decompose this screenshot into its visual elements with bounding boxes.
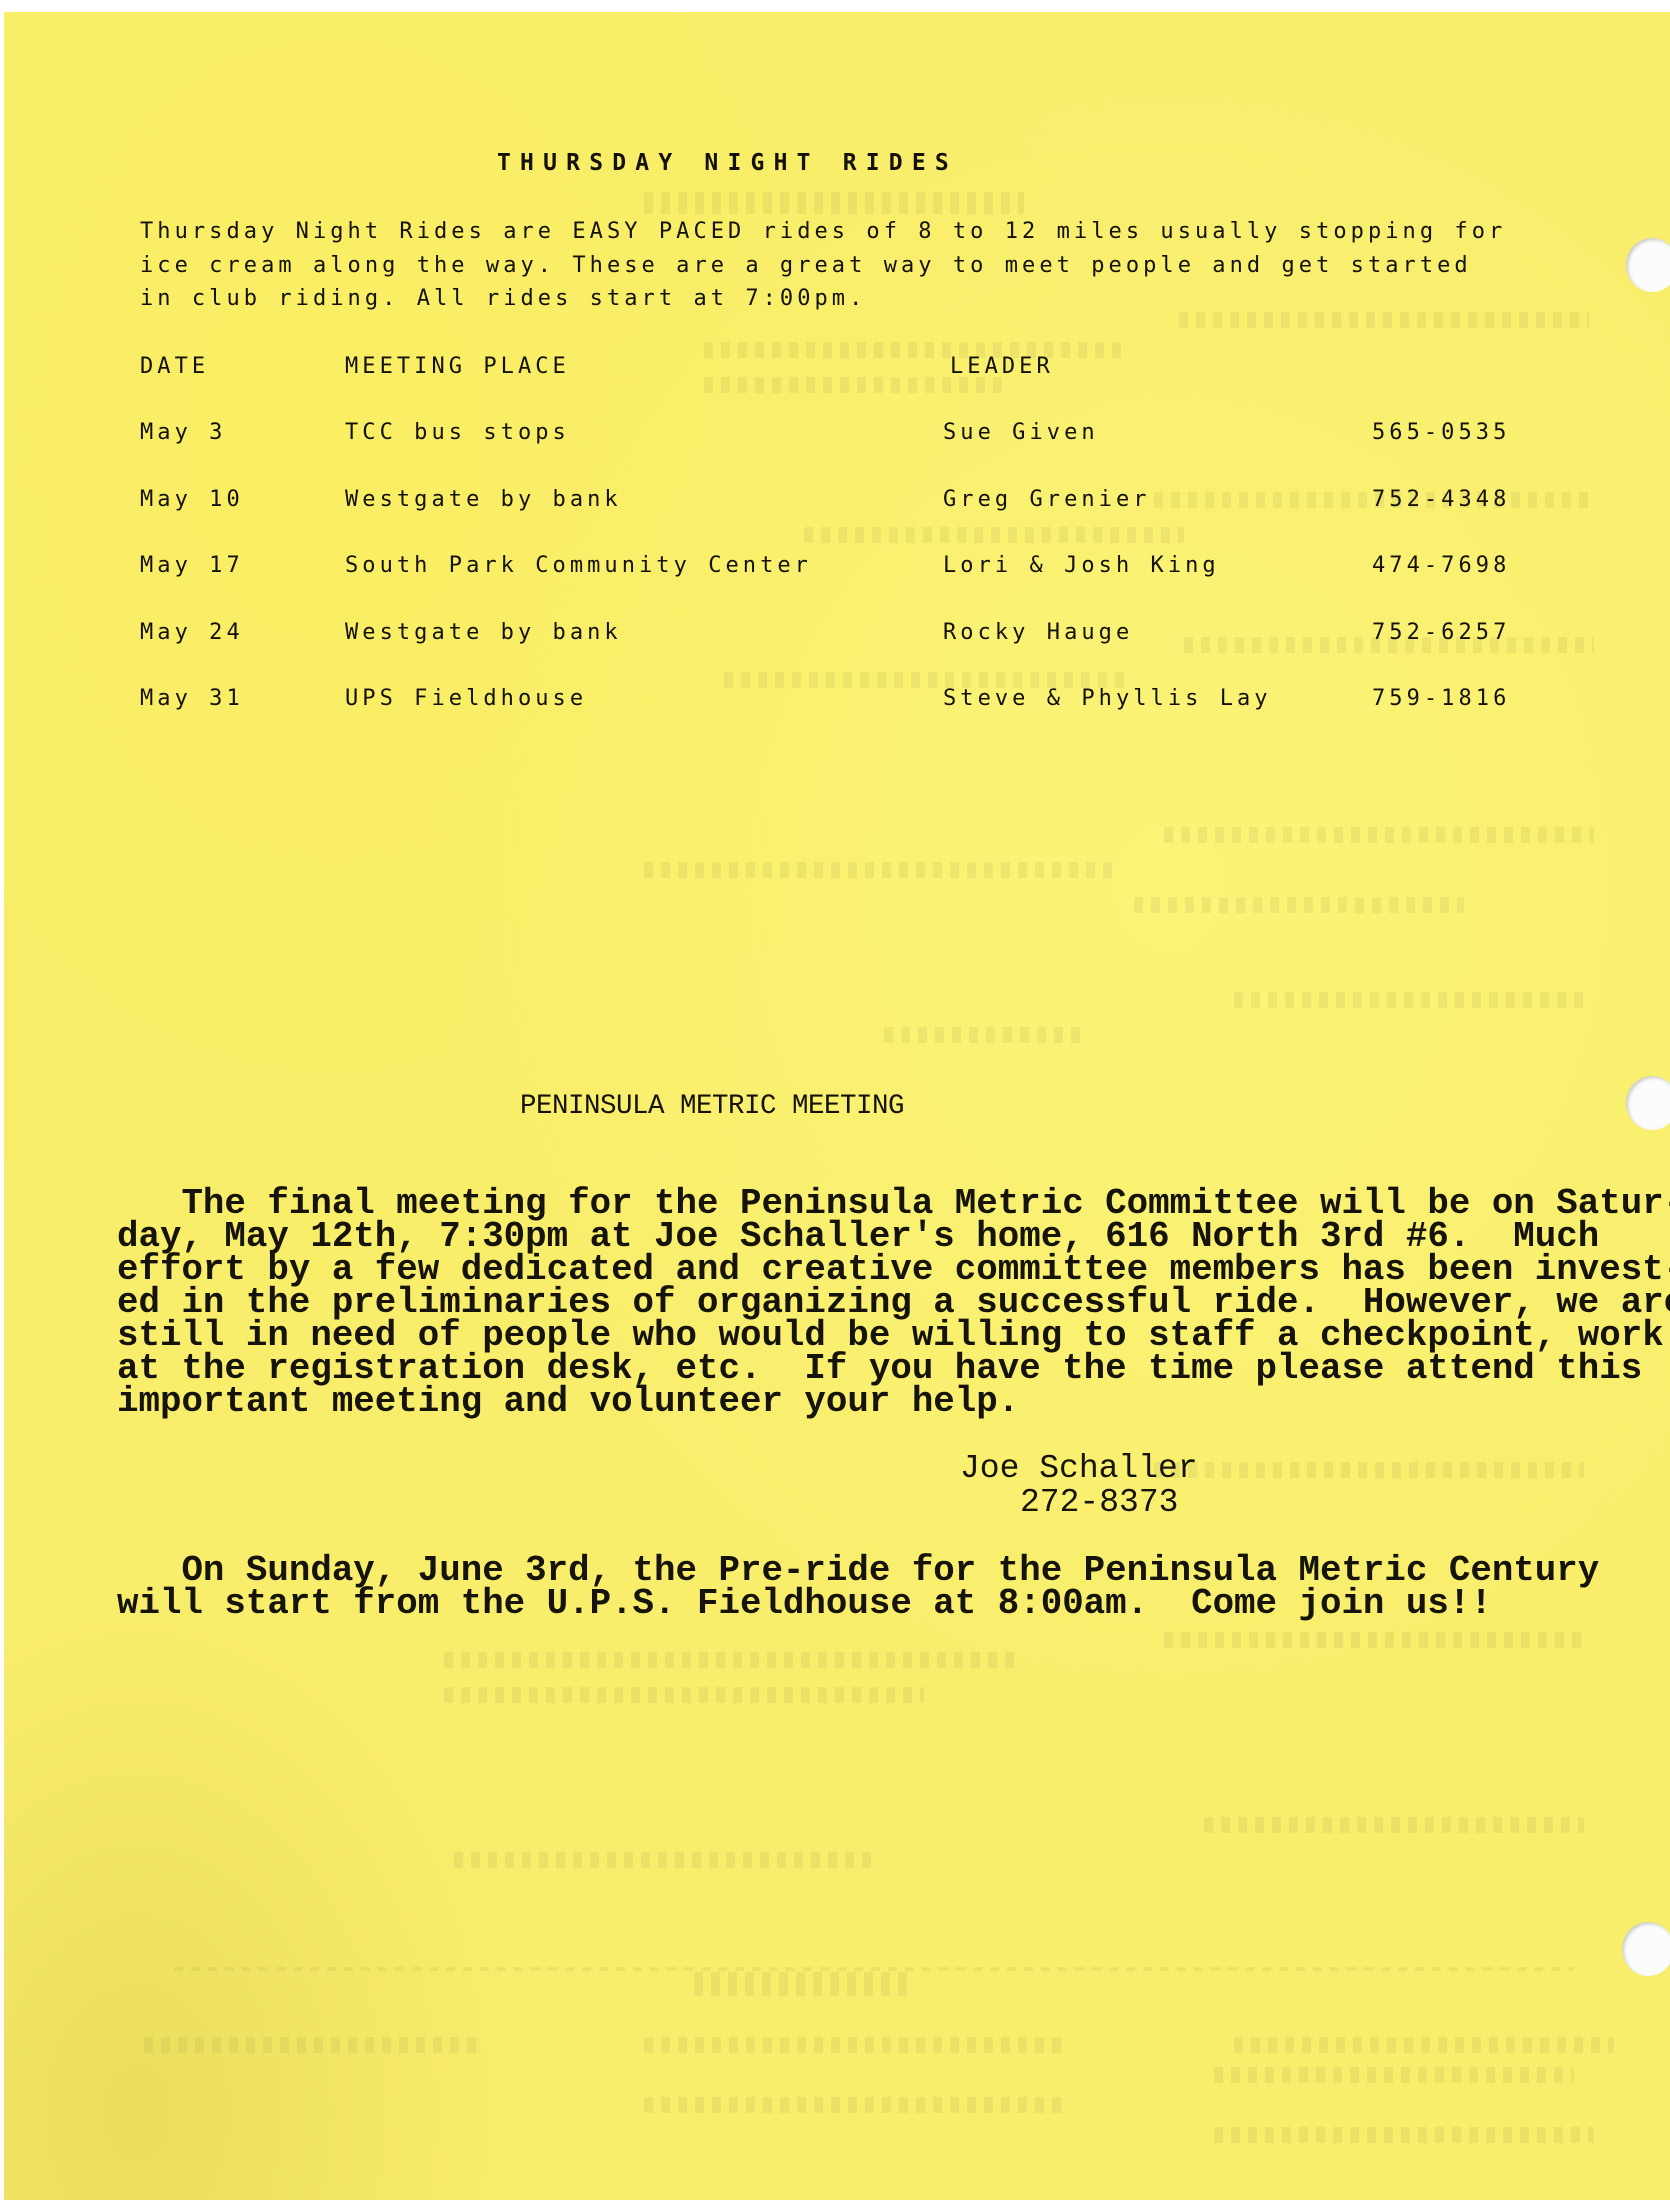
bleed-through-texture	[1234, 992, 1584, 1008]
ride-leader: Steve & Phyllis Lay	[943, 688, 1272, 710]
bleed-through-texture	[804, 527, 1184, 543]
bleed-through-texture	[644, 2097, 1064, 2113]
ride-leader-phone: 474-7698	[1372, 555, 1510, 577]
ride-leader: Rocky Hauge	[943, 622, 1133, 644]
thursday-rides-title: THURSDAY NIGHT RIDES	[497, 152, 958, 175]
ride-leader-phone: 752-4348	[1372, 489, 1510, 511]
ride-leader: Greg Grenier	[943, 489, 1151, 511]
ride-leader-phone: 752-6257	[1372, 622, 1510, 644]
ride-meeting-place: UPS Fieldhouse	[345, 688, 587, 710]
ride-leader: Lori & Josh King	[943, 555, 1220, 577]
bleed-through-texture	[1134, 897, 1464, 913]
bleed-through-texture	[1179, 312, 1589, 328]
punch-hole	[1622, 1922, 1670, 1976]
bleed-through-texture	[174, 1967, 1574, 1971]
bleed-through-texture	[454, 1852, 874, 1868]
paragraph-line: important meeting and volunteer your hel…	[117, 1385, 1019, 1418]
ride-date: May 17	[140, 555, 244, 577]
column-header-leader: LEADER	[950, 356, 1054, 378]
ride-date: May 3	[140, 422, 226, 444]
bleed-through-texture	[884, 1027, 1084, 1043]
bleed-through-texture	[644, 862, 1114, 878]
ride-meeting-place: South Park Community Center	[345, 555, 812, 577]
ride-meeting-place: Westgate by bank	[345, 622, 622, 644]
bleed-through-texture	[1204, 1817, 1584, 1833]
bleed-through-texture	[444, 1687, 924, 1703]
bleed-through-texture	[644, 2037, 1064, 2053]
intro-line: in club riding. All rides start at 7:00p…	[140, 288, 866, 310]
signature-phone: 272-8373	[1020, 1486, 1178, 1519]
ride-leader-phone: 565-0535	[1372, 422, 1510, 444]
ride-leader: Sue Given	[943, 422, 1099, 444]
bleed-through-texture	[644, 192, 1024, 214]
bleed-through-texture	[1164, 827, 1594, 843]
bleed-through-texture	[1214, 2067, 1574, 2083]
ride-leader-phone: 759-1816	[1372, 688, 1510, 710]
bleed-through-texture	[1154, 1462, 1584, 1478]
bleed-through-texture	[704, 377, 1004, 393]
metric-meeting-title: PENINSULA METRIC MEETING	[520, 1093, 904, 1121]
ride-date: May 31	[140, 688, 244, 710]
signature-name: Joe Schaller	[960, 1452, 1198, 1485]
intro-line: ice cream along the way. These are a gre…	[140, 255, 1472, 277]
ride-meeting-place: TCC bus stops	[345, 422, 570, 444]
bleed-through-texture	[444, 1652, 1014, 1668]
ride-meeting-place: Westgate by bank	[345, 489, 622, 511]
bleed-through-texture	[144, 2037, 484, 2053]
punch-hole	[1626, 238, 1670, 292]
preride-line: will start from the U.P.S. Fieldhouse at…	[117, 1587, 1492, 1620]
column-header-date: DATE	[140, 356, 209, 378]
bleed-through-texture	[694, 1972, 914, 1996]
bleed-through-texture	[1214, 2127, 1594, 2143]
ride-date: May 24	[140, 622, 244, 644]
punch-hole	[1626, 1076, 1670, 1130]
bleed-through-texture	[1164, 1632, 1584, 1648]
intro-line: Thursday Night Rides are EASY PACED ride…	[140, 221, 1506, 243]
bleed-through-texture	[1234, 2037, 1614, 2053]
ride-date: May 10	[140, 489, 244, 511]
bleed-through-texture	[704, 342, 1124, 358]
column-header-meeting-place: MEETING PLACE	[345, 356, 570, 378]
